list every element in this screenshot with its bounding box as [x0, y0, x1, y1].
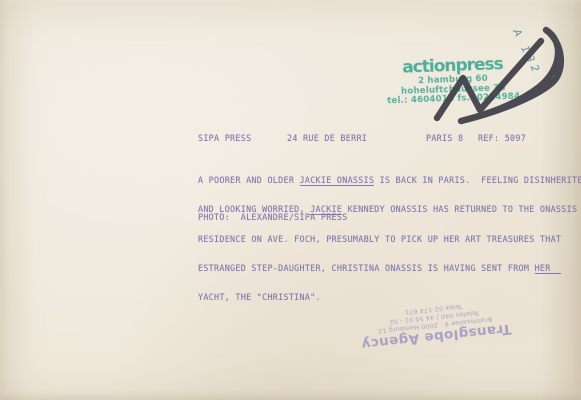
caption-line-4: ESTRANGED STEP-DAUGHTER, CHRISTINA ONASS…: [198, 264, 581, 273]
underlined-text: HER: [535, 263, 562, 274]
typed-header-agency: SIPA PRESS: [198, 133, 251, 143]
typed-header-city: PARIS 8: [426, 133, 463, 143]
action-press-stamp: actionpress 2 hamburg 60 hoheluftchausse…: [363, 53, 543, 108]
typed-header-street: 24 RUE DE BERRI: [287, 133, 367, 143]
caption-line-3: RESIDENCE ON AVE. FOCH, PRESUMABLY TO PI…: [198, 235, 581, 244]
caption-line-1: A POORER AND OLDER JACKIE ONASSIS IS BAC…: [198, 176, 581, 185]
typed-header-ref: REF: 5097: [478, 133, 526, 143]
photo-back-scan: actionpress 2 hamburg 60 hoheluftchausse…: [0, 0, 581, 400]
underlined-text: JACKIE ONASSIS: [300, 175, 375, 186]
photo-credit: PHOTO: ALEXANDRE/SIPA PRESS: [198, 212, 348, 222]
